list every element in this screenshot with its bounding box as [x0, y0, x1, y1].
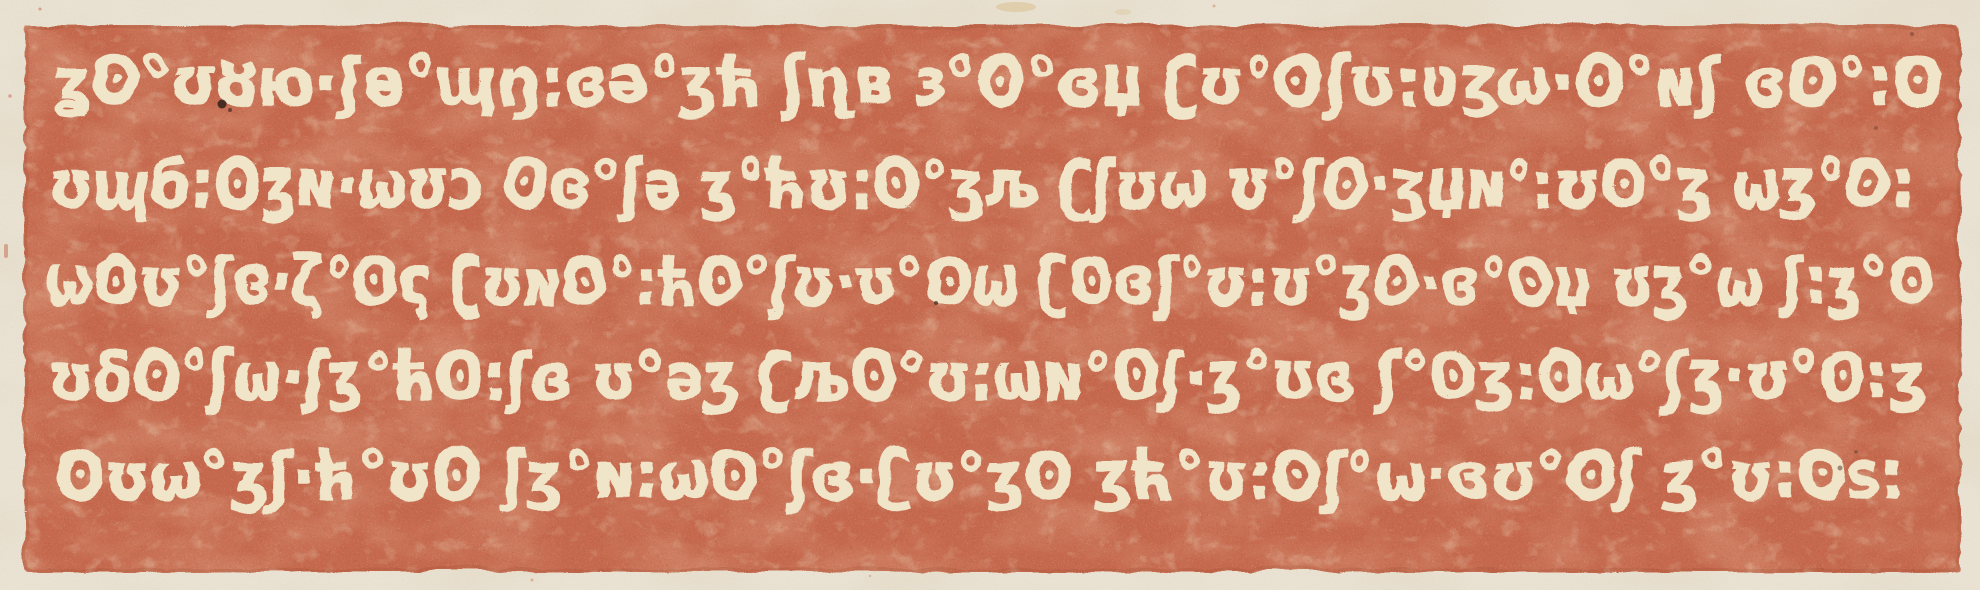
script-line-5: ʘʊω°ʒʃ·ћ°ʊʘ ʃʒ°ɴ:ωʘ°ʃɞ·ʗʊ°ʒʘ ʒћ°ʊ:ʘʃ°ω·ɞ… — [52, 435, 1902, 512]
ink-speck — [1910, 32, 1914, 36]
red-fleck — [4, 244, 8, 258]
ink-speck — [1838, 466, 1843, 471]
yellow-stain — [996, 2, 1036, 12]
red-fleck — [8, 94, 12, 98]
ink-speck — [1854, 450, 1858, 454]
ink-speck — [1874, 126, 1878, 130]
manuscript-canvas: ʓʘ°ʊȣю·ʃө°ɰŋ:ɞә°ʒћ ʃɳв ɜ°ʘ°ɞџ ʗʊ°ʘʃʊ:ʋʒω… — [0, 0, 1980, 590]
script-line-3: ωʘʊ°ʃɞ·ζ°ʘς ʗʊɴʘ°:ћʘ°ʃʊ·ʊ°ʘω ʗʘɞʃ°ʊ:ʊ°ʒʘ… — [44, 241, 1932, 318]
print-block: ʓʘ°ʊȣю·ʃө°ɰŋ:ɞә°ʒћ ʃɳв ɜ°ʘ°ɞџ ʗʊ°ʘʃʊ:ʋʒω… — [22, 23, 1958, 569]
red-fleck — [531, 579, 534, 582]
script-line-4: ʊδʘ°ʃω·ʃʒ°ћʘ:ʃɞ ʊ°әʒ ʗљʘ°ʊ:ωɴ°ʘʃ·ʒ°ʊɞ ʃ°… — [46, 336, 1924, 413]
ink-speck — [934, 301, 938, 305]
yellow-stain — [1115, 9, 1131, 15]
ink-blot — [218, 100, 227, 109]
red-fleck — [869, 575, 871, 577]
manuscript-page: ʓʘ°ʊȣю·ʃө°ɰŋ:ɞә°ʒћ ʃɳв ɜ°ʘ°ɞџ ʗʊ°ʘʃʊ:ʋʒω… — [0, 0, 1980, 590]
red-fleck — [1213, 5, 1216, 8]
script-line-1: ʓʘ°ʊȣю·ʃө°ɰŋ:ɞә°ʒћ ʃɳв ɜ°ʘ°ɞџ ʗʊ°ʘʃʊ:ʋʒω… — [50, 41, 1940, 118]
script-line-2: ʊɰб:ʘʒɴ·ωʊɔ ʘɞ°ʃә ʒ°ћʊ:ʘ°ʒљ ʗʃʊω ʊ°ʃʘ·ʒџ… — [46, 144, 1912, 221]
red-fleck — [39, 8, 42, 11]
ink-blot — [228, 108, 232, 112]
